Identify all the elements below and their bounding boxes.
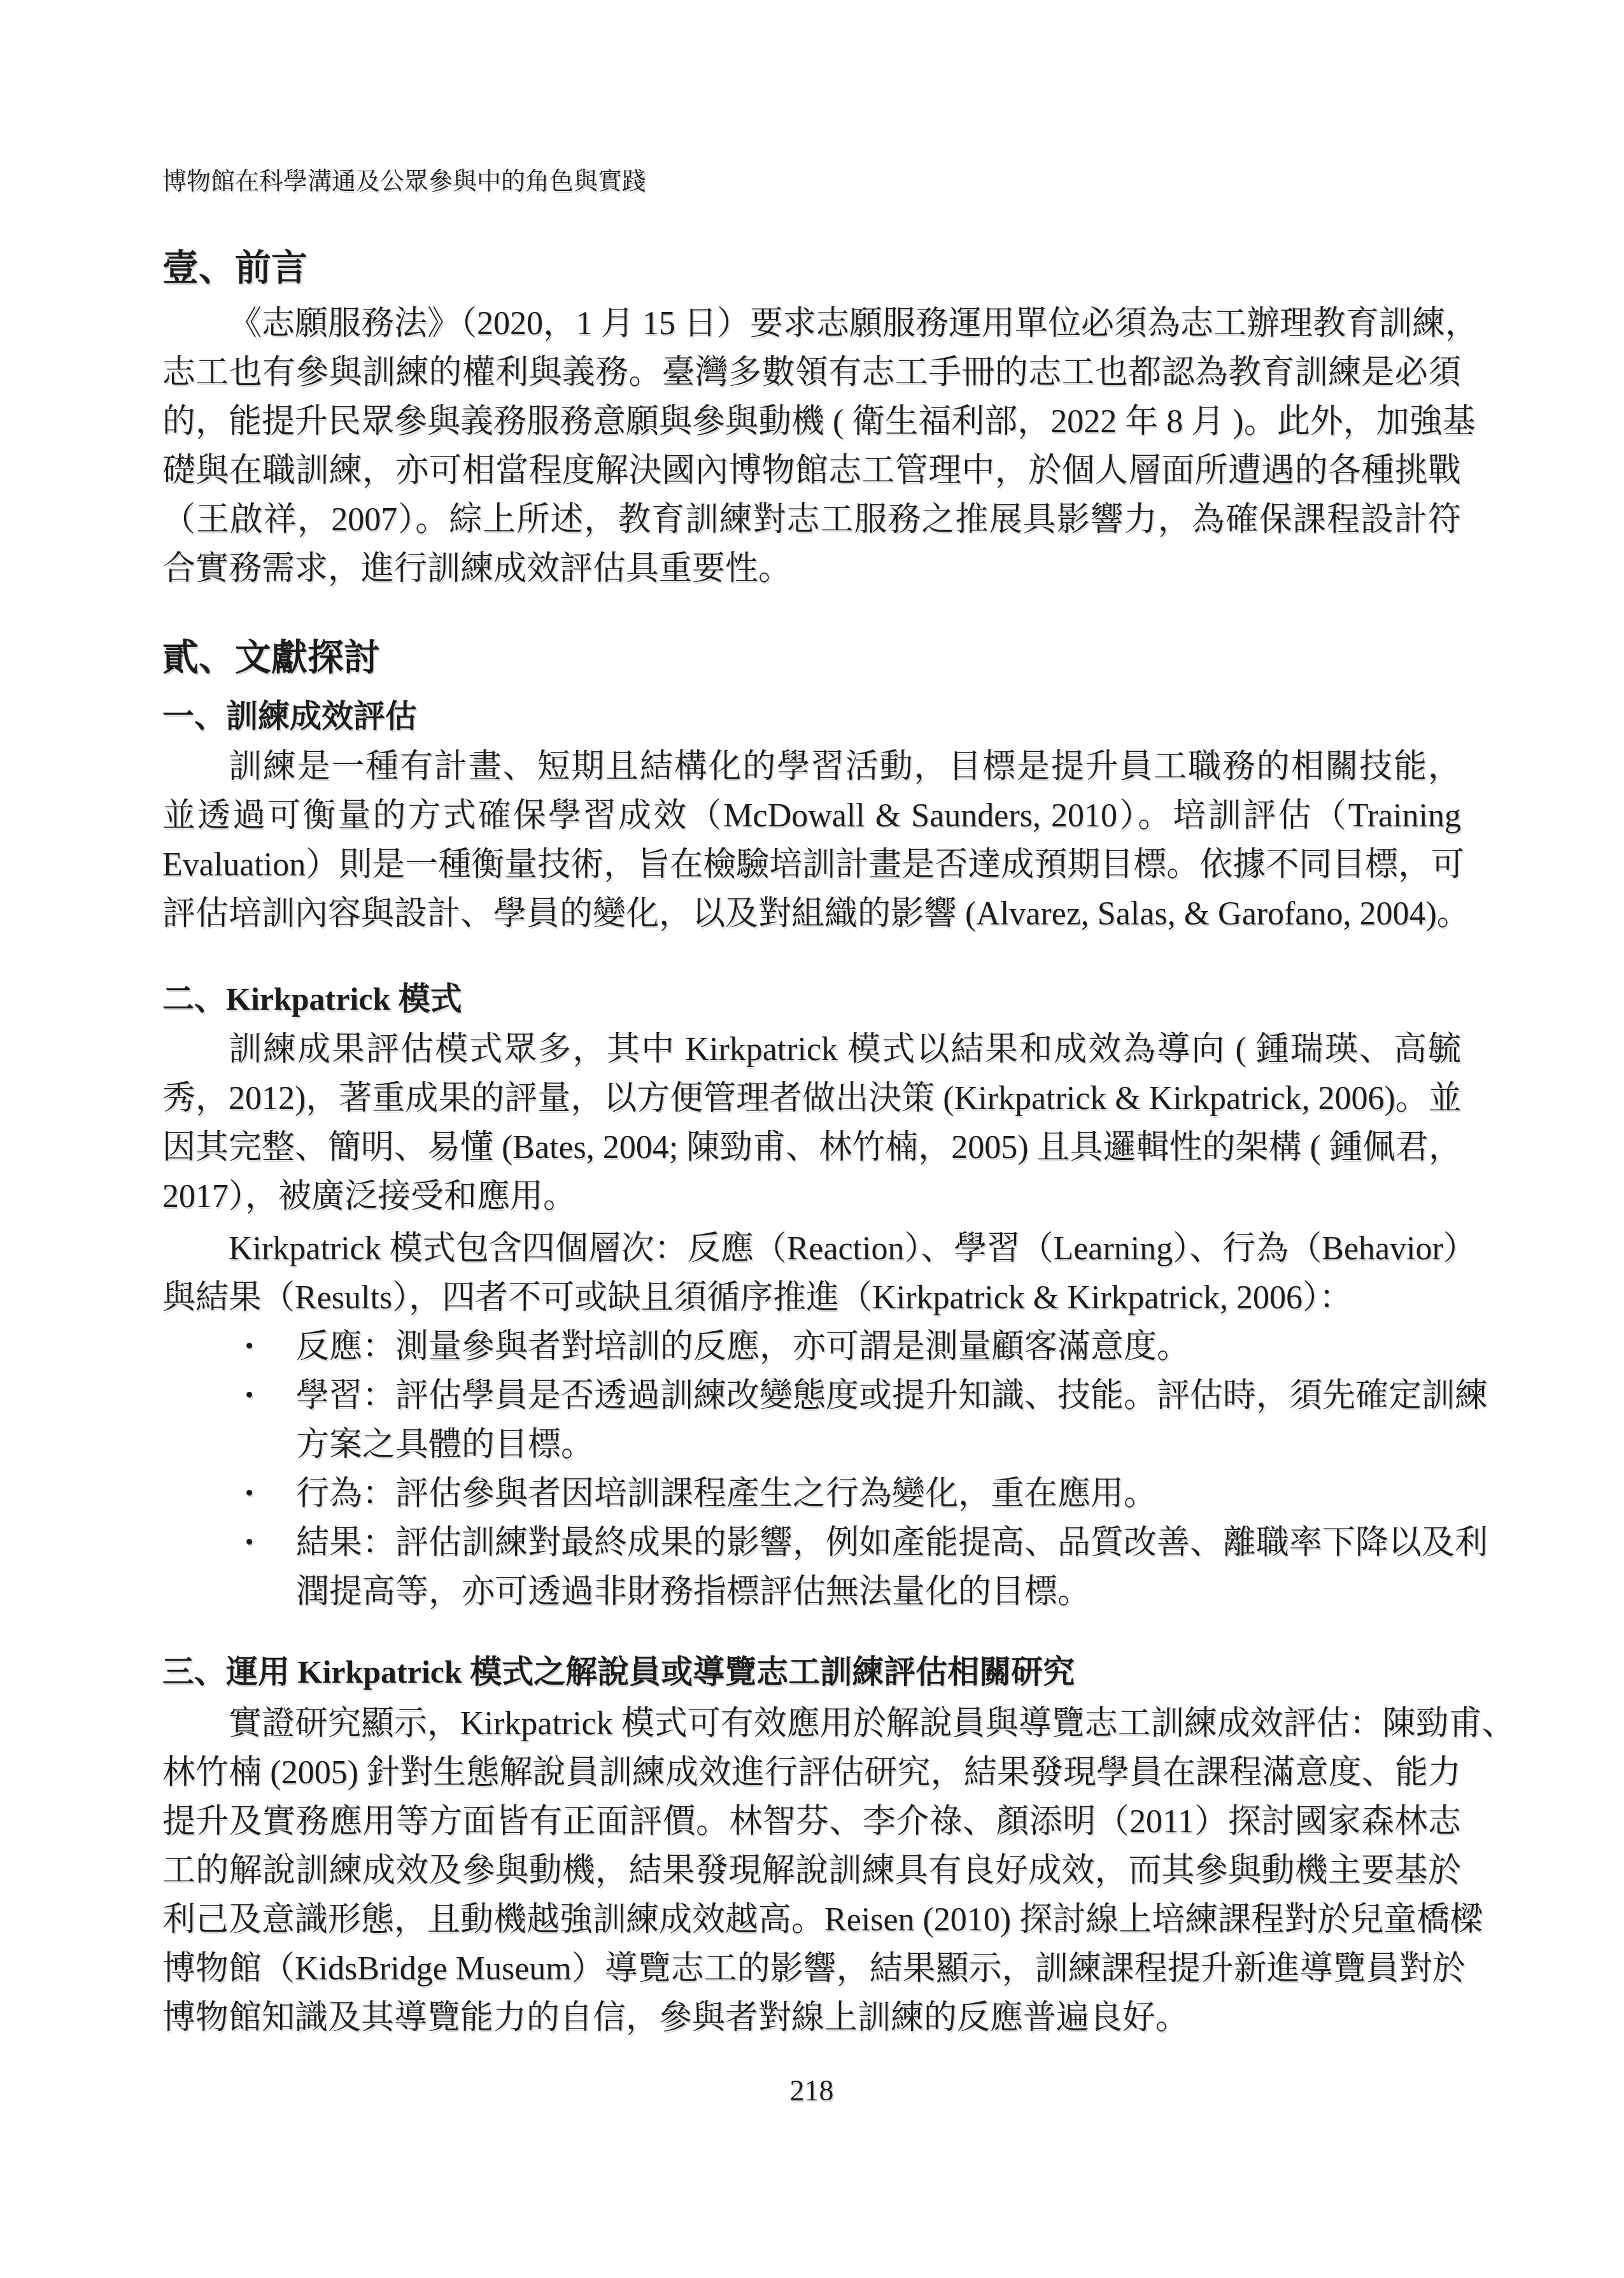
paragraph-intro: 《志願服務法》（2020，1 月 15 日）要求志願服務運用單位必須為志工辦理教… bbox=[162, 299, 1461, 593]
page-number: 218 bbox=[162, 2073, 1461, 2109]
running-head: 博物館在科學溝通及公眾參與中的角色與實踐 bbox=[162, 167, 1461, 196]
bullet-item-learning: • 學習：評估學員是否透過訓練改變態度或提升知識、技能。評估時，須先確定訓練 方… bbox=[162, 1371, 1461, 1469]
text-line: 的，能提升民眾參與義務服務意願與參與動機 ( 衛生福利部，2022 年 8 月 … bbox=[162, 397, 1461, 446]
text-line: 實證研究顯示，Kirkpatrick 模式可有效應用於解說員與導覽志工訓練成效評… bbox=[162, 1699, 1461, 1748]
bullet-icon: • bbox=[245, 1518, 296, 1617]
text-line: 合實務需求，進行訓練成效評估具重要性。 bbox=[162, 544, 1461, 593]
section-heading-2: 貳、文獻探討 bbox=[162, 638, 1461, 679]
bullet-icon: • bbox=[245, 1322, 296, 1371]
text-line: 提升及實務應用等方面皆有正面評價。林智芬、李介祿、顏添明（2011）探討國家森林… bbox=[162, 1797, 1461, 1846]
text-line: 博物館（KidsBridge Museum）導覽志工的影響，結果顯示，訓練課程提… bbox=[162, 1944, 1461, 1993]
text-line: 志工也有參與訓練的權利與義務。臺灣多數領有志工手冊的志工也都認為教育訓練是必須 bbox=[162, 348, 1461, 397]
text-line: 與結果（Results），四者不可或缺且須循序推進（Kirkpatrick & … bbox=[162, 1273, 1461, 1322]
paragraph-related-research: 實證研究顯示，Kirkpatrick 模式可有效應用於解說員與導覽志工訓練成效評… bbox=[162, 1699, 1461, 2042]
text-line: 礎與在職訓練，亦可相當程度解決國內博物館志工管理中，於個人層面所遭遇的各種挑戰 bbox=[162, 446, 1461, 495]
bullet-item-reaction: • 反應：測量參與者對培訓的反應，亦可謂是測量顧客滿意度。 bbox=[162, 1322, 1461, 1371]
bullet-text: 學習：評估學員是否透過訓練改變態度或提升知識、技能。評估時，須先確定訓練 方案之… bbox=[296, 1371, 1461, 1469]
paragraph-training-evaluation: 訓練是一種有計畫、短期且結構化的學習活動，目標是提升員工職務的相關技能， 並透過… bbox=[162, 742, 1461, 938]
text-line: 訓練是一種有計畫、短期且結構化的學習活動，目標是提升員工職務的相關技能， bbox=[162, 742, 1461, 791]
text-line: Kirkpatrick 模式包含四個層次：反應（Reaction）、學習（Lea… bbox=[162, 1224, 1461, 1273]
bullet-text: 結果：評估訓練對最終成果的影響，例如產能提高、品質改善、離職率下降以及利 潤提高… bbox=[296, 1518, 1461, 1617]
document-page: 博物館在科學溝通及公眾參與中的角色與實踐 壹、前言 《志願服務法》（2020，1… bbox=[0, 0, 1624, 2278]
text-line: 結果：評估訓練對最終成果的影響，例如產能提高、品質改善、離職率下降以及利 bbox=[296, 1518, 1461, 1567]
bullet-icon: • bbox=[245, 1469, 296, 1518]
text-line: 學習：評估學員是否透過訓練改變態度或提升知識、技能。評估時，須先確定訓練 bbox=[296, 1371, 1461, 1420]
bullet-list: • 反應：測量參與者對培訓的反應，亦可謂是測量顧客滿意度。 • 學習：評估學員是… bbox=[162, 1322, 1461, 1617]
text-line: 評估培訓內容與設計、學員的變化，以及對組織的影響 (Alvarez, Salas… bbox=[162, 889, 1461, 938]
text-line: （王啟祥，2007）。綜上所述，教育訓練對志工服務之推展具影響力，為確保課程設計… bbox=[162, 495, 1461, 544]
text-line: 並透過可衡量的方式確保學習成效（McDowall & Saunders, 201… bbox=[162, 791, 1461, 840]
bullet-item-results: • 結果：評估訓練對最終成果的影響，例如產能提高、品質改善、離職率下降以及利 潤… bbox=[162, 1518, 1461, 1617]
bullet-text: 反應：測量參與者對培訓的反應，亦可謂是測量顧客滿意度。 bbox=[296, 1322, 1461, 1371]
text-line: 利己及意識形態，且動機越強訓練成效越高。Reisen (2010) 探討線上培練… bbox=[162, 1895, 1461, 1944]
bullet-icon: • bbox=[245, 1371, 296, 1469]
text-line: 工的解說訓練成效及參與動機，結果發現解說訓練具有良好成效，而其參與動機主要基於 bbox=[162, 1846, 1461, 1895]
section-heading-1: 壹、前言 bbox=[162, 248, 1461, 289]
bullet-text: 行為：評估參與者因培訓課程產生之行為變化，重在應用。 bbox=[296, 1469, 1461, 1518]
subsection-heading-2: 二、Kirkpatrick 模式 bbox=[162, 979, 1461, 1019]
text-line: 行為：評估參與者因培訓課程產生之行為變化，重在應用。 bbox=[296, 1469, 1461, 1518]
paragraph-kirkpatrick-2: Kirkpatrick 模式包含四個層次：反應（Reaction）、學習（Lea… bbox=[162, 1224, 1461, 1322]
text-line: 2017），被廣泛接受和應用。 bbox=[162, 1172, 1461, 1221]
subsection-heading-1: 一、訓練成效評估 bbox=[162, 697, 1461, 736]
text-line: 博物館知識及其導覽能力的自信，參與者對線上訓練的反應普遍良好。 bbox=[162, 1993, 1461, 2042]
bullet-item-behavior: • 行為：評估參與者因培訓課程產生之行為變化，重在應用。 bbox=[162, 1469, 1461, 1518]
paragraph-kirkpatrick-1: 訓練成果評估模式眾多，其中 Kirkpatrick 模式以結果和成效為導向 ( … bbox=[162, 1025, 1461, 1221]
text-line: 林竹楠 (2005) 針對生態解說員訓練成效進行評估研究，結果發現學員在課程滿意… bbox=[162, 1748, 1461, 1797]
page-content: 博物館在科學溝通及公眾參與中的角色與實踐 壹、前言 《志願服務法》（2020，1… bbox=[0, 0, 1624, 2109]
text-line: 因其完整、簡明、易懂 (Bates, 2004; 陳勁甫、林竹楠，2005) 且… bbox=[162, 1123, 1461, 1172]
text-line: 潤提高等，亦可透過非財務指標評估無法量化的目標。 bbox=[296, 1567, 1461, 1617]
text-line: 方案之具體的目標。 bbox=[296, 1420, 1461, 1469]
subsection-heading-3: 三、運用 Kirkpatrick 模式之解說員或導覽志工訓練評估相關研究 bbox=[162, 1652, 1461, 1692]
text-line: Evaluation）則是一種衡量技術，旨在檢驗培訓計畫是否達成預期目標。依據不… bbox=[162, 840, 1461, 889]
text-line: 《志願服務法》（2020，1 月 15 日）要求志願服務運用單位必須為志工辦理教… bbox=[162, 299, 1461, 348]
text-line: 訓練成果評估模式眾多，其中 Kirkpatrick 模式以結果和成效為導向 ( … bbox=[162, 1025, 1461, 1074]
text-line: 秀，2012)，著重成果的評量，以方便管理者做出決策 (Kirkpatrick … bbox=[162, 1074, 1461, 1123]
text-line: 反應：測量參與者對培訓的反應，亦可謂是測量顧客滿意度。 bbox=[296, 1322, 1461, 1371]
